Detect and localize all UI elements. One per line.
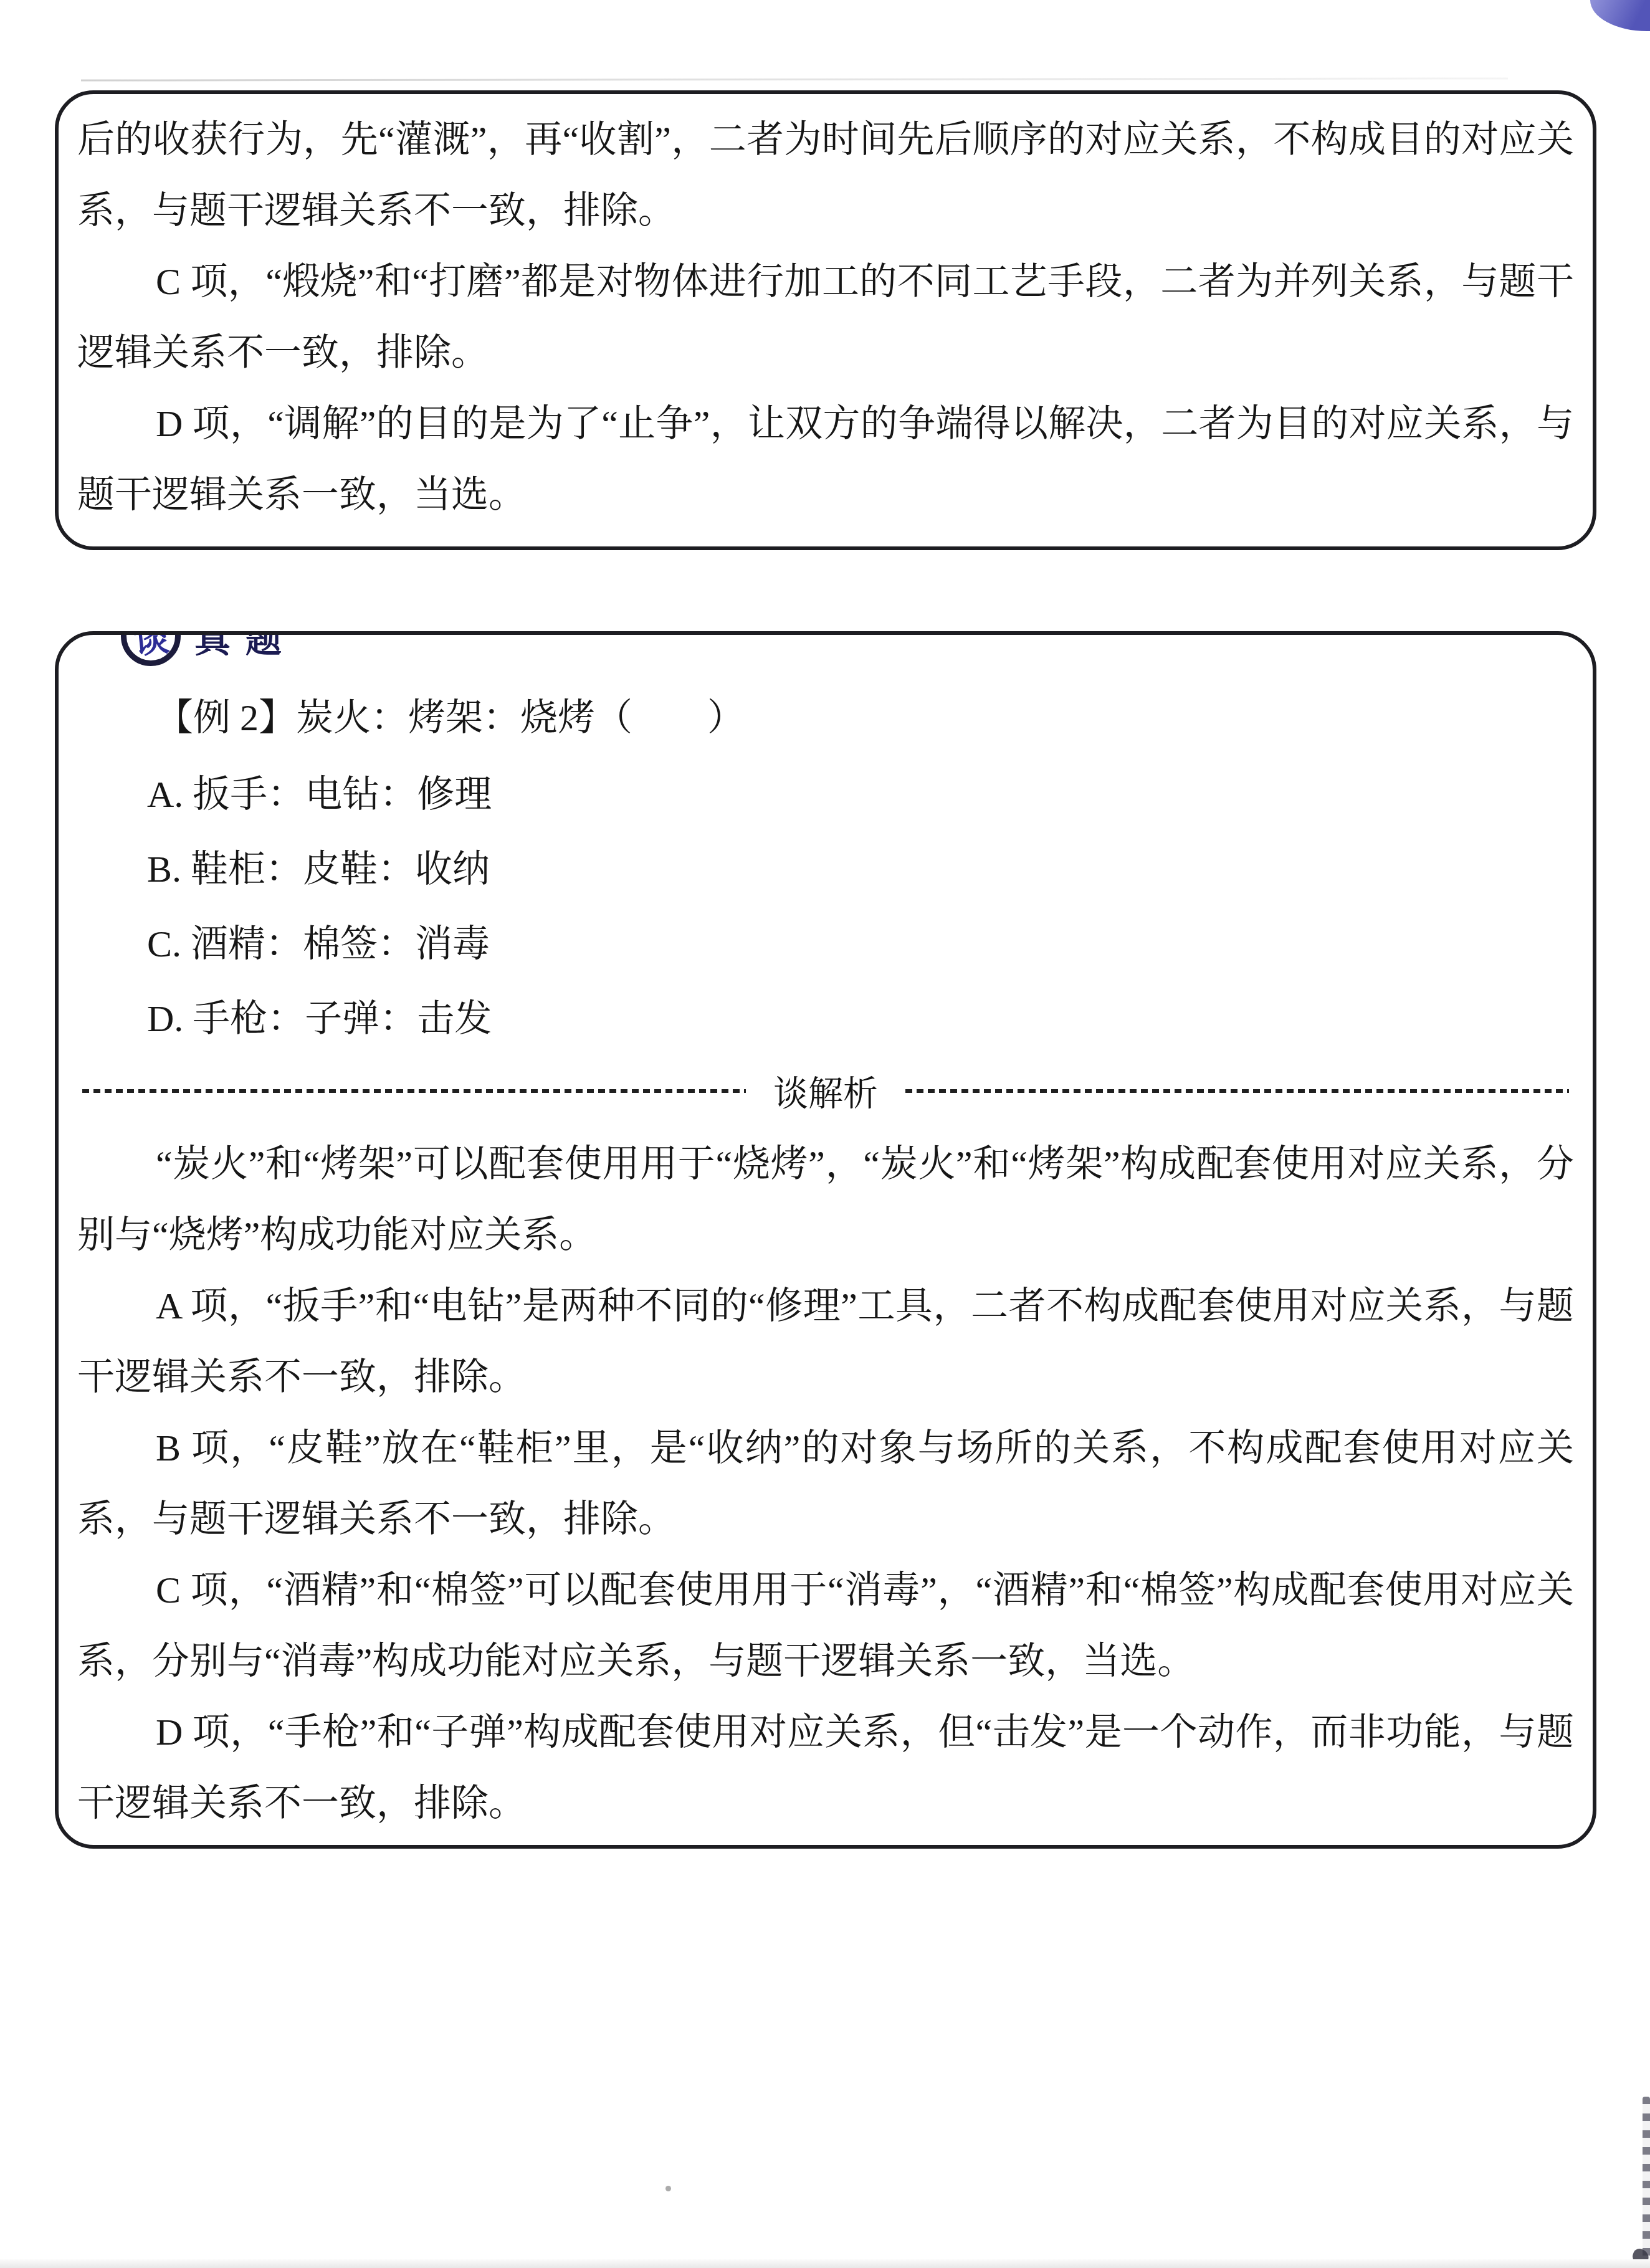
scan-artifact-line bbox=[81, 77, 1508, 81]
option-d: D. 手枪：子弹：击发 bbox=[147, 981, 1574, 1056]
analysis-paragraph: 后的收获行为，先“灌溉”，再“收割”，二者为时间先后顺序的对应关系，不构成目的对… bbox=[77, 104, 1574, 246]
real-question-box: 谈 真题 【例 2】炭火：烤架：烧烤（ ） A. 扳手：电钻：修理 B. 鞋柜：… bbox=[55, 631, 1596, 1849]
option-a: A. 扳手：电钻：修理 bbox=[147, 757, 1574, 832]
tan-character-glyph: 谈 bbox=[131, 631, 171, 664]
analysis-paragraph: B 项，“皮鞋”放在“鞋柜”里，是“收纳”的对象与场所的关系，不构成配套使用对应… bbox=[77, 1413, 1574, 1555]
analysis-divider-label: 谈解析 bbox=[773, 1066, 878, 1116]
scan-speck bbox=[665, 2186, 671, 2191]
zhenti-label: 真题 bbox=[194, 631, 297, 662]
page-bottom-edge-shadow bbox=[0, 2259, 1650, 2268]
scanned-textbook-page: 后的收获行为，先“灌溉”，再“收割”，二者为时间先后顺序的对应关系，不构成目的对… bbox=[0, 0, 1650, 2268]
analysis-section: “炭火”和“烤架”可以配套使用用于“烧烤”，“炭火”和“烤架”构成配套使用对应关… bbox=[77, 1128, 1574, 1839]
analysis-divider: 谈解析 bbox=[82, 1072, 1569, 1110]
circle-ring-icon: 谈 bbox=[121, 631, 181, 666]
option-b: B. 鞋柜：皮鞋：收纳 bbox=[147, 832, 1574, 907]
analysis-paragraph: “炭火”和“烤架”可以配套使用用于“烧烤”，“炭火”和“烤架”构成配套使用对应关… bbox=[77, 1128, 1574, 1270]
zhenti-header: 谈 真题 bbox=[121, 631, 314, 666]
divider-dash-left bbox=[82, 1089, 746, 1093]
analysis-paragraph: C 项，“酒精”和“棉签”可以配套使用用于“消毒”，“酒精”和“棉签”构成配套使… bbox=[77, 1555, 1574, 1697]
analysis-paragraph: A 项，“扳手”和“电钻”是两种不同的“修理”工具，二者不构成配套使用对应关系，… bbox=[77, 1270, 1574, 1413]
analysis-paragraph: D 项，“调解”的目的是为了“止争”，让双方的争端得以解决，二者为目的对应关系，… bbox=[77, 388, 1574, 530]
page-corner-decoration bbox=[1590, 0, 1650, 31]
divider-dash-right bbox=[905, 1089, 1569, 1093]
tan-badge-icon: 谈 bbox=[121, 631, 181, 666]
analysis-paragraph: D 项，“手枪”和“子弹”构成配套使用对应关系，但“击发”是一个动作，而非功能，… bbox=[77, 1697, 1574, 1839]
analysis-paragraph: C 项，“煅烧”和“打磨”都是对物体进行加工的不同工艺手段，二者为并列关系，与题… bbox=[77, 246, 1574, 388]
page-edge-print-artifact bbox=[1643, 2097, 1650, 2260]
option-c: C. 酒精：棉签：消毒 bbox=[147, 907, 1574, 981]
option-list: A. 扳手：电钻：修理 B. 鞋柜：皮鞋：收纳 C. 酒精：棉签：消毒 D. 手… bbox=[77, 757, 1574, 1056]
explanation-box: 后的收获行为，先“灌溉”，再“收割”，二者为时间先后顺序的对应关系，不构成目的对… bbox=[55, 90, 1596, 550]
question-text: 【例 2】炭火：烤架：烧烤（ ） bbox=[77, 682, 1574, 753]
